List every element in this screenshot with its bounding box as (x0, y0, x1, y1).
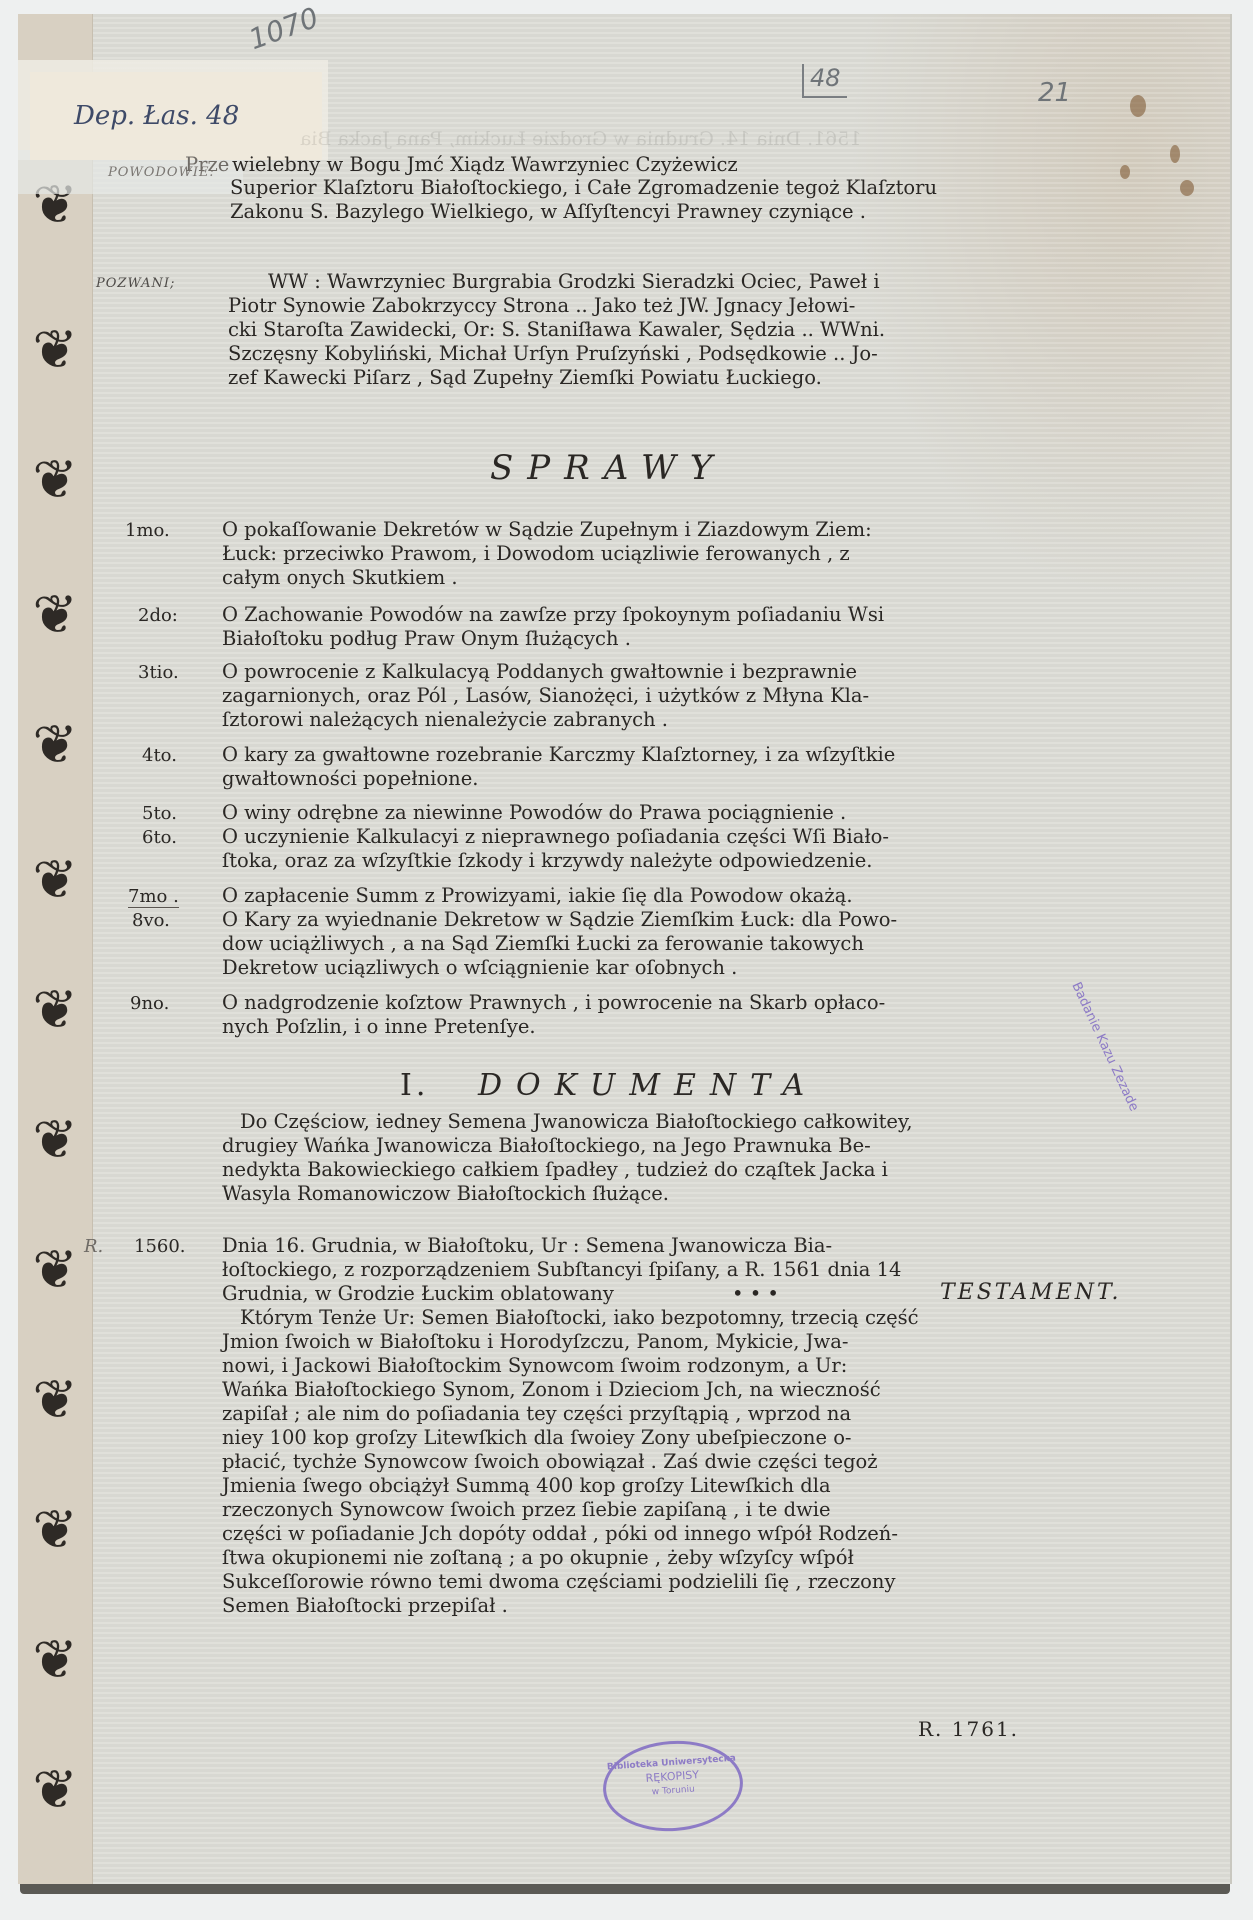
item-number: 5to. (142, 803, 177, 824)
item-line: dow uciążliwych , a na Sąd Ziemſki Łucki… (222, 932, 864, 956)
entry-body-line: Semen Białoſtocki przepiſał . (222, 1594, 508, 1618)
item-line: zagarnionych, oraz Pól , Lasów, Sianożęc… (222, 684, 869, 708)
ink-stain (1120, 165, 1130, 179)
item-line: O nadgrodzenie koſztow Prawnych , i powr… (222, 991, 885, 1015)
item-number: 8vo. (132, 910, 170, 931)
intro-line: Do Częściow, iedney Semena Jwanowicza Bi… (240, 1110, 913, 1134)
entry-line: Dnia 16. Grudnia, w Białoſtoku, Ur : Sem… (222, 1234, 832, 1258)
item-line: O Kary za wyiednanie Dekretow w Sądzie Z… (222, 908, 897, 932)
plaintiffs-prefix: Prze (185, 153, 229, 177)
floral-ornament-icon: ❦ (24, 849, 86, 911)
document-type-testament: TESTAMENT. (940, 1280, 1121, 1305)
floral-ornament-icon: ❦ (24, 1629, 86, 1691)
entry-body-line: zapiſał ; ale nim do poſiadania tey częś… (222, 1402, 851, 1426)
item-number: 2do: (138, 605, 178, 626)
entry-body-line: ſtwa okupionemi nie zoſtaną ; a po okupn… (222, 1546, 854, 1570)
intro-line: Wasyla Romanowiczow Białoſtockich ſłużąc… (222, 1182, 669, 1206)
item-line: O powrocenie z Kalkulacyą Poddanych gwał… (222, 660, 857, 684)
floral-ornament-icon: ❦ (24, 1499, 86, 1561)
item-line: O kary za gwałtowne rozebranie Karczmy K… (222, 743, 895, 767)
item-line: O pokaſſowanie Dekretów w Sądzie Zupełny… (222, 518, 872, 542)
section-number: I. (400, 1068, 429, 1103)
entry-body-line: płacić, tychże Synowcow ſwoich obowiązał… (222, 1450, 878, 1474)
defendants-line: WW : Wawrzyniec Burgrabia Grodzki Sierad… (268, 270, 880, 294)
show-through-text: 1561. Dnia 14. Grudnia w Grodzie Łuckim,… (300, 128, 861, 150)
entry-body-line: rzeczonych Synowcow ſwoich przez ſiebie … (222, 1498, 831, 1522)
entry-body-line: nowi, i Jackowi Białoſtockim Synowcom ſw… (222, 1354, 847, 1378)
item-number: 7mo . (128, 886, 179, 908)
item-number: 1mo. (125, 520, 170, 541)
item-line: nych Poſzlin, i o inne Pretenſye. (222, 1015, 536, 1039)
ink-stain (1180, 180, 1194, 196)
floral-ornament-icon: ❦ (24, 584, 86, 646)
plaintiffs-line: Superior Klaſztoru Białoſtockiego, i Cał… (230, 176, 937, 200)
floral-ornament-icon: ❦ (24, 1369, 86, 1431)
item-line: ſztorowi należących nienależycie zabrany… (222, 708, 668, 732)
plaintiffs-line: Zakonu S. Bazylego Wielkiego, w Aſſyſten… (230, 200, 866, 224)
item-line: O zapłacenie Summ z Prowizyami, iakie ſi… (222, 884, 853, 908)
item-number: 3tio. (138, 662, 179, 683)
section-heading-dokumenta: DOKUMENTA (478, 1068, 818, 1103)
archive-label-card: Dep. Łas. 48 (30, 72, 322, 160)
item-line: gwałtowności popełnione. (222, 767, 478, 791)
section-heading-sprawy: SPRAWY (490, 448, 726, 488)
item-line: ſtoka, oraz za wſzyſtkie ſzkody i krzywd… (222, 849, 873, 873)
defendants-line: cki Staroſta Zawidecki, Or: S. Staniſław… (228, 318, 885, 342)
item-number: 9no. (130, 993, 169, 1014)
entry-body-line: Wańka Białoſtockiego Synom, Zonom i Dzie… (222, 1378, 881, 1402)
item-line: O uczynienie Kalkulacyi z nieprawnego po… (222, 825, 889, 849)
margin-prefix: R. (84, 1236, 103, 1257)
margin-label-defendants: POZWANI; (96, 272, 175, 296)
item-line: Dekretow uciązliwych o wſciągnienie kar … (222, 956, 737, 980)
entry-line: Grudnia, w Grodzie Łuckim oblatowany (222, 1282, 614, 1306)
entry-body-line: części w poſiadanie Jch dopóty oddał , p… (222, 1522, 898, 1546)
item-line: O Zachowanie Powodów na zawſze przy ſpok… (222, 603, 884, 627)
catchword: R. 1761. (918, 1717, 1019, 1741)
item-number: 6to. (142, 827, 177, 848)
folder-mark: 48 (802, 64, 847, 98)
item-line: całym onych Skutkiem . (222, 566, 458, 590)
plaintiffs-line: wielebny w Bogu Jmć Xiądz Wawrzyniec Czy… (232, 153, 738, 177)
entry-line: łoſtockiego, z rozporządzeniem Subſtancy… (222, 1258, 901, 1282)
floral-ornament-icon: ❦ (24, 319, 86, 381)
item-line: O winy odrębne za niewinne Powodów do Pr… (222, 801, 846, 825)
floral-ornament-icon: ❦ (24, 714, 86, 776)
defendants-line: zef Kawecki Piſarz , Sąd Zupełny Ziemſki… (228, 366, 822, 390)
entry-body-line: Jmion ſwoich w Białoſtoku i Horodyſzczu,… (222, 1330, 848, 1354)
floral-ornament-icon: ❦ (24, 1759, 86, 1821)
entry-body-line: Jmienia ſwego obciążył Summą 400 kop gro… (222, 1474, 831, 1498)
floral-ornament-icon: ❦ (24, 979, 86, 1041)
entry-year: 1560. (134, 1236, 186, 1257)
defendants-line: Szczęsny Kobyliński, Michał Urſyn Pruſzy… (228, 342, 878, 366)
floral-ornament-icon: ❦ (24, 1239, 86, 1301)
page-number: 21 (1038, 78, 1071, 108)
entry-body-line: Którym Tenże Ur: Semen Białoſtocki, iako… (240, 1306, 919, 1330)
item-number: 4to. (142, 745, 177, 766)
ink-stain (1130, 95, 1146, 117)
floral-ornament-icon: ❦ (24, 449, 86, 511)
defendants-line: Piotr Synowie Zabokrzyccy Strona .. Jako… (228, 294, 855, 318)
leader-dots: • • • (732, 1282, 779, 1306)
intro-line: drugiey Wańka Jwanowicza Białoſtockiego,… (222, 1134, 871, 1158)
entry-body-line: niey 100 kop groſzy Litewſkich dla ſwoie… (222, 1426, 852, 1450)
entry-body-line: Sukceſſorowie równo temi dwoma częściami… (222, 1570, 895, 1594)
intro-line: nedykta Bakowieckiego całkiem ſpadłey , … (222, 1158, 888, 1182)
floral-ornament-icon: ❦ (24, 1109, 86, 1171)
ink-stain (1170, 145, 1180, 163)
item-line: Łuck: przeciwko Prawom, i Dowodom uciązl… (222, 542, 850, 566)
decorative-binding-strip: ❦ ❦ ❦ ❦ ❦ ❦ ❦ ❦ ❦ ❦ ❦ ❦ ❦ (18, 14, 93, 1884)
item-line: Białoſtoku podług Praw Onym ſłużących . (222, 627, 631, 651)
